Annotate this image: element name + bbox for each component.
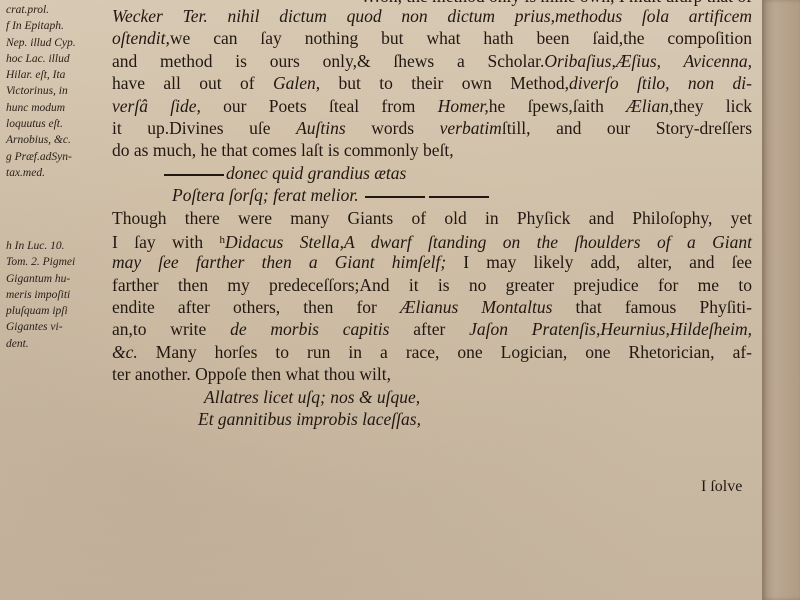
text-line: I ſay with hDidacus Stella,A dwarf ſtand… <box>112 229 752 251</box>
author-name: Homer, <box>438 96 489 116</box>
dash-rule <box>365 196 425 198</box>
margin-note-line: hoc Lac. illud <box>6 51 108 67</box>
margin-note-line: Nep. illud Cyp. <box>6 35 108 51</box>
book-gutter <box>762 0 800 600</box>
book-title: de morbis capitis <box>230 319 389 339</box>
text-line: it up.Divines uſe Auſtins words verbatim… <box>112 117 752 139</box>
quotation-end: may ſee farther then a Giant himſelf; <box>112 252 446 272</box>
text-span: we can ſay nothing but what hath been ſa… <box>170 28 752 48</box>
text-span: I may likely add, alter, and ſee <box>446 252 752 272</box>
text-span: ter another. Oppoſe then what thou wilt, <box>112 364 391 384</box>
text-span: Many horſes to run in a race, one Logici… <box>138 342 752 362</box>
latin-quote: Wecker Ter. nihil dictum quod non dictum… <box>112 6 752 26</box>
quotation: Didacus Stella,A dwarf ſtanding on the ſ… <box>225 232 752 252</box>
margin-note-line: Victorinus, in <box>6 83 108 99</box>
text-line: have all out of Galen, but to their own … <box>112 72 752 94</box>
text-span: words <box>346 118 440 138</box>
latin-quote-end: oſtendit, <box>112 28 170 48</box>
margin-note-line: meris impoſiti <box>6 287 108 303</box>
main-text: Wecker Ter. nihil dictum quod non dictum… <box>112 5 752 430</box>
text-span: they lick <box>673 96 752 116</box>
text-span: he ſpews,ſaith <box>489 96 626 116</box>
text-span: an,to write <box>112 319 230 339</box>
latin-word: verbatim <box>440 118 502 138</box>
text-span: that famous Phyſiti- <box>552 297 752 317</box>
margin-note-line: Gigantes vi- <box>6 319 108 335</box>
latin-phrase: verſâ ſide, <box>112 96 201 116</box>
margin-note-line: loquutus eſt. <box>6 116 108 132</box>
margin-note-line: dent. <box>6 336 108 352</box>
text-line: Wecker Ter. nihil dictum quod non dictum… <box>112 5 752 27</box>
latin-phrase: diverſo ſtilo, non di- <box>569 73 752 93</box>
text-span: endite after others, then for <box>112 297 400 317</box>
author-name: Ælian, <box>626 96 673 116</box>
text-line: &c. Many horſes to run in a race, one Lo… <box>112 341 752 363</box>
verse-text: Allatres licet uſq; nos & uſque, <box>204 387 420 407</box>
catchword: I ſolve <box>701 478 742 496</box>
book-page: …on, the method only is mine own, I muſt… <box>0 0 762 600</box>
text-span: it up.Divines uſe <box>112 118 296 138</box>
margin-note-line: Arnobius, &c. <box>6 132 108 148</box>
text-span: farther then my predeceſſors;And it is n… <box>112 275 752 295</box>
margin-notes-top: crat.prol. f In Epitaph. Nep. illud Cyp.… <box>6 2 108 181</box>
verse-line: Poſtera ſorſq; ferat melior. <box>112 184 752 206</box>
verse-text: Poſtera ſorſq; ferat melior. <box>172 185 359 205</box>
text-line: farther then my predeceſſors;And it is n… <box>112 274 752 296</box>
verse-line: donec quid grandius ætas <box>112 162 752 184</box>
text-span: do as much, he that comes laſt is common… <box>112 140 454 160</box>
text-span: Though there were many Giants of old in … <box>112 208 752 228</box>
text-line: an,to write de morbis capitis after Jaſo… <box>112 318 752 340</box>
margin-note-line: crat.prol. <box>6 2 108 18</box>
margin-note-line: Tom. 2. Pigmei <box>6 254 108 270</box>
dash-rule <box>429 196 489 198</box>
etcetera: &c. <box>112 342 138 362</box>
author-names: Oribaſius,Æſius, Avicenna, <box>544 51 752 71</box>
text-line: verſâ ſide, our Poets ſteal from Homer,h… <box>112 95 752 117</box>
text-span: and method is ours only,& ſhews a Schola… <box>112 51 544 71</box>
text-span: but to their own Method, <box>320 73 569 93</box>
dash-rule <box>164 174 224 176</box>
text-line: Though there were many Giants of old in … <box>112 207 752 229</box>
text-line: oſtendit,we can ſay nothing but what hat… <box>112 27 752 49</box>
margin-note-line: tax.med. <box>6 165 108 181</box>
text-span: our Poets ſteal from <box>201 96 438 116</box>
author-name: Auſtins <box>296 118 346 138</box>
text-line: and method is ours only,& ſhews a Schola… <box>112 50 752 72</box>
verse-text: Et gannitibus improbis laceſſas, <box>198 409 421 429</box>
margin-note-line: Hilar. eſt, Ita <box>6 67 108 83</box>
author-name: Ælianus Montaltus <box>400 297 552 317</box>
margin-notes-bottom: h In Luc. 10. Tom. 2. Pigmei Gigantum hu… <box>6 238 108 352</box>
verse-text: donec quid grandius ætas <box>226 163 406 183</box>
margin-note-line: Gigantum hu- <box>6 271 108 287</box>
text-line: do as much, he that comes laſt is common… <box>112 139 752 161</box>
text-span: have all out of <box>112 73 273 93</box>
margin-note-line: hunc modum <box>6 100 108 116</box>
author-names: Jaſon Pratenſis,Heurnius,Hildeſheim, <box>469 319 752 339</box>
text-line: endite after others, then for Ælianus Mo… <box>112 296 752 318</box>
text-span: I ſay with <box>112 232 220 252</box>
margin-note-line: pluſquam ipſi <box>6 303 108 319</box>
margin-note-line: g Præf.adSyn- <box>6 149 108 165</box>
text-line: may ſee farther then a Giant himſelf; I … <box>112 251 752 273</box>
text-span: after <box>389 319 469 339</box>
margin-note-line: f In Epitaph. <box>6 18 108 34</box>
verse-line: Et gannitibus improbis laceſſas, <box>112 408 752 430</box>
text-line: ter another. Oppoſe then what thou wilt, <box>112 363 752 385</box>
text-span: ſtill, and our Story-dreſſers <box>502 118 752 138</box>
author-name: Galen, <box>273 73 320 93</box>
margin-note-line: h In Luc. 10. <box>6 238 108 254</box>
verse-line: Allatres licet uſq; nos & uſque, <box>112 386 752 408</box>
